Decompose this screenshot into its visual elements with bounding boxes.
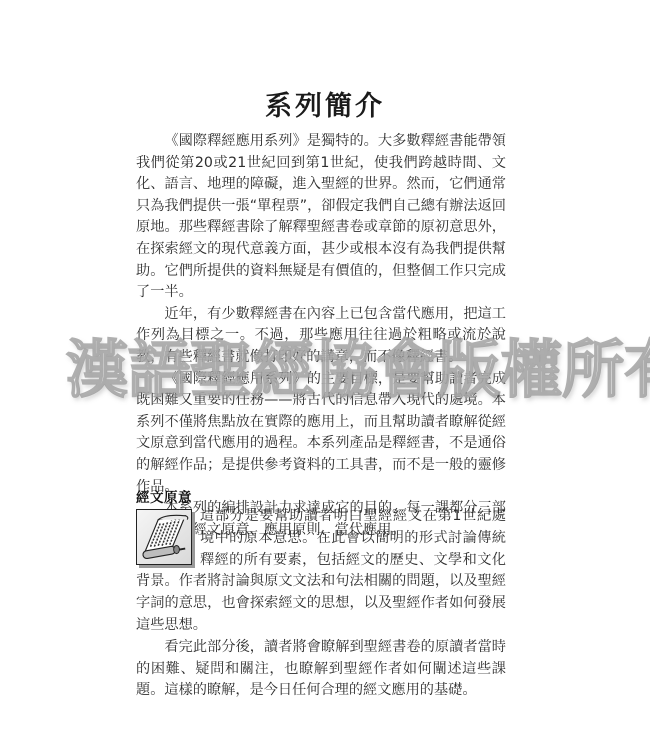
scroll-icon (136, 509, 192, 565)
intro-paragraph: 《國際釋經應用系列》的主要目標，是要幫助讀者完成既困難又重要的任務——將古代的信… (136, 369, 506, 499)
intro-text: 《國際釋經應用系列》是獨特的。大多數釋經書能帶領我們從第20或21世紀回到第1世… (136, 131, 506, 541)
intro-paragraph: 《國際釋經應用系列》是獨特的。大多數釋經書能帶領我們從第20或21世紀回到第1世… (136, 131, 506, 304)
intro-paragraph: 近年，有少數釋經書在內容上已包含當代應用，把這工作列為目標之一。不過，那些應用往… (136, 304, 506, 369)
page-title: 系列簡介 (0, 84, 650, 123)
section-body: 這部分是要幫助讀者明白聖經經文在第1世紀處境中的原本意思。在此會以簡明的形式討論… (136, 506, 506, 702)
section-heading: 經文原意 (136, 486, 192, 506)
section-paragraph: 看完此部分後，讀者將會瞭解到聖經書卷的原讀者當時的困難、疑問和關注，也瞭解到聖經… (136, 637, 506, 702)
